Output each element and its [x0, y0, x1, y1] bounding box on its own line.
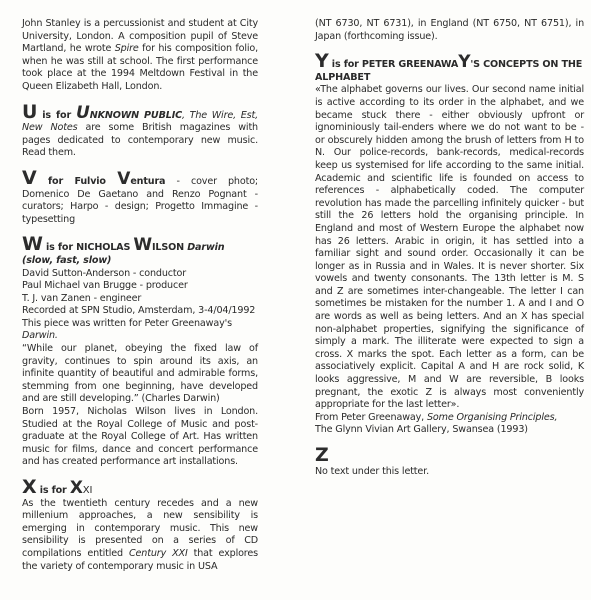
is-for-label: is for PETER GREENAWA	[329, 59, 459, 70]
for-label: for Fulvio	[37, 176, 118, 187]
credit-engineer: T. J. van Zanen - engineer	[22, 293, 258, 306]
subject-initial: Y	[458, 52, 470, 72]
section-letter-x: X	[22, 476, 37, 498]
subject-rest: entura	[130, 176, 165, 187]
subject-rest: NKNOWN PUBLIC	[90, 110, 182, 121]
section-letter-z: Z	[315, 444, 329, 466]
series-title: Century XXI	[129, 548, 188, 559]
is-for-label: is for NICHOLAS	[43, 242, 134, 253]
section-w-heading: W is for NICHOLAS WILSON Darwin (slow, f…	[22, 235, 258, 267]
catalog-continuation: (NT 6730, NT 6731), in England (NT 6750,…	[315, 18, 584, 43]
wilson-bio: Born 1957, Nicholas Wilson lives in Lond…	[22, 406, 258, 469]
work-title: Darwin.	[22, 330, 58, 341]
section-letter-w: W	[22, 233, 43, 255]
subject-initial: V	[117, 169, 130, 189]
darwin-quote: “While our planet, obeying the fixed law…	[22, 343, 258, 406]
source-text: From Peter Greenaway,	[315, 412, 427, 423]
subject-initial: W	[133, 235, 152, 255]
subject-rest: ILSON	[152, 242, 184, 253]
section-x-heading: X is for XXI	[22, 478, 258, 498]
source-title: Some Organising Principles,	[427, 412, 557, 423]
section-letter-y: Y	[315, 50, 329, 72]
section-z: Z No text under this letter.	[315, 446, 584, 478]
credit-conductor: David Sutton-Anderson - conductor	[22, 268, 258, 281]
section-v: V for Fulvio Ventura - cover photo; Dome…	[22, 169, 258, 226]
written-for-text: This piece was written for Peter Greenaw…	[22, 318, 232, 329]
credit-recording: Recorded at SPN Studio, Amsterdam, 3-4/0…	[22, 305, 258, 318]
quote-source: From Peter Greenaway, Some Organising Pr…	[315, 412, 584, 437]
section-letter-v: V	[22, 167, 37, 189]
is-for-label: is for	[37, 485, 70, 496]
section-u: U is for UNKNOWN PUBLIC, The Wire, Est, …	[22, 103, 258, 160]
section-y-heading: Y is for PETER GREENAWAY'S CONCEPTS ON T…	[315, 52, 584, 84]
section-y: Y is for PETER GREENAWAY'S CONCEPTS ON T…	[315, 52, 584, 437]
right-column: (NT 6730, NT 6731), in England (NT 6750,…	[315, 18, 584, 478]
section-v-text: V for Fulvio Ventura - cover photo; Dome…	[22, 169, 258, 226]
john-stanley-paragraph: John Stanley is a percussionist and stud…	[22, 18, 258, 94]
source-venue: The Glynn Vivian Art Gallery, Swansea (1…	[315, 424, 528, 435]
section-w: W is for NICHOLAS WILSON Darwin (slow, f…	[22, 235, 258, 469]
left-column: John Stanley is a percussionist and stud…	[22, 18, 258, 573]
booklet-page: John Stanley is a percussionist and stud…	[0, 0, 591, 600]
section-x: X is for XXI As the twentieth century re…	[22, 478, 258, 573]
section-z-body: No text under this letter.	[315, 466, 584, 479]
section-letter-u: U	[22, 101, 37, 123]
work-title: Spire	[115, 43, 139, 54]
written-for: This piece was written for Peter Greenaw…	[22, 318, 258, 343]
section-z-heading: Z	[315, 446, 584, 466]
greenaway-quote: «The alphabet governs our lives. Our sec…	[315, 84, 584, 411]
section-u-text: U is for UNKNOWN PUBLIC, The Wire, Est, …	[22, 103, 258, 160]
subject-initial: U	[76, 103, 90, 123]
is-for-label: is for	[37, 110, 76, 121]
subject-initial: X	[70, 478, 83, 498]
credits: David Sutton-Anderson - conductor Paul M…	[22, 268, 258, 318]
subject-rest: XI	[83, 485, 93, 496]
credit-producer: Paul Michael van Brugge - producer	[22, 280, 258, 293]
section-x-body: As the twentieth century recedes and a n…	[22, 498, 258, 574]
